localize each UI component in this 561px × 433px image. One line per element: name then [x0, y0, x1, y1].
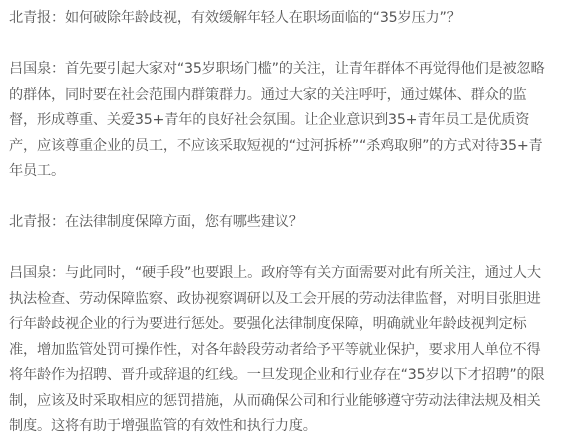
answer-paragraph: 吕国泉：与此同时，“硬手段”也要跟上。政府等有关方面需要对此有所关注，通过人大执…: [9, 261, 552, 433]
article-body: 北青报：如何破除年龄歧视，有效缓解年轻人在职场面临的“35岁压力”？ 吕国泉：首…: [0, 0, 561, 433]
question-paragraph: 北青报：如何破除年龄歧视，有效缓解年轻人在职场面临的“35岁压力”？: [9, 6, 552, 32]
answer-paragraph: 吕国泉：首先要引起大家对“35岁职场门槛”的关注，让青年群体不再觉得他们是被忽略…: [9, 57, 552, 185]
question-paragraph: 北青报：在法律制度保障方面，您有哪些建议？: [9, 210, 552, 236]
